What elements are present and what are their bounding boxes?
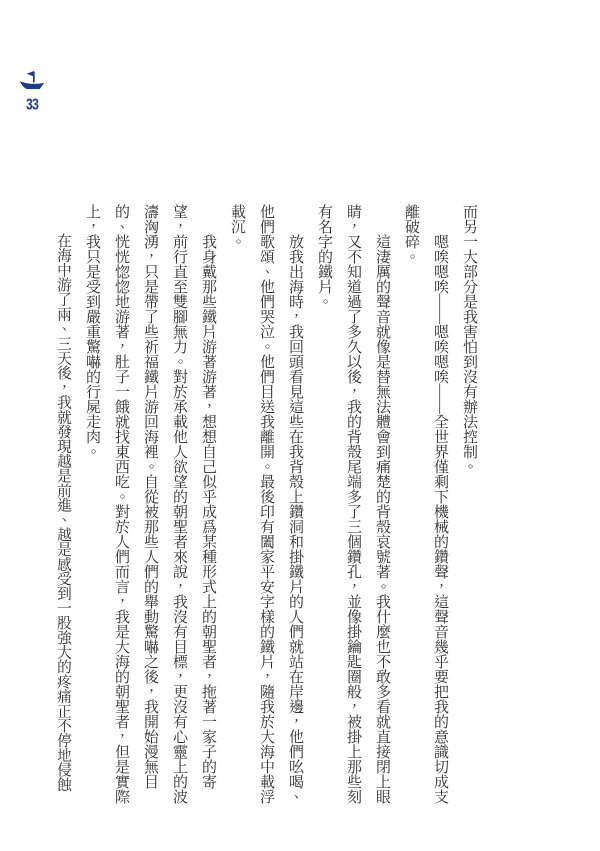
page-marker: 33 [16,71,48,112]
paragraph-1: 而另一大部分是我害怕到沒有辦法控制。 [454,204,483,810]
paragraph-4: 放我出海時，我回頭看見這些在我背殼上鑽洞和掛鐵片的人們就站在岸邊，他們吆喝、他們… [222,204,309,810]
paragraph-5: 我身戴那些鐵片游著游著，想想自己似乎成爲某種形式上的朝聖者，拖著一家子的寄望，前… [77,204,222,810]
body-text: 而另一大部分是我害怕到沒有辦法控制。 嗯唉嗯唉——嗯唉嗯唉——全世界僅剩下機械的… [48,204,483,810]
boat-icon [19,71,45,95]
paragraph-2: 嗯唉嗯唉——嗯唉嗯唉——全世界僅剩下機械的鑽聲，這聲音幾乎要把我的意識切成支離破… [396,204,454,810]
paragraph-3: 這淒厲的聲音就像是替無法體會到痛楚的背殼哀號著。我什麼也不敢多看就直接閉上眼睛，… [309,204,396,810]
page-number: 33 [19,97,45,113]
paragraph-6: 在海中游了兩、三天後，我就發現越是前進、越是感受到一股強大的疼痛正不停地侵蝕 [48,204,77,810]
